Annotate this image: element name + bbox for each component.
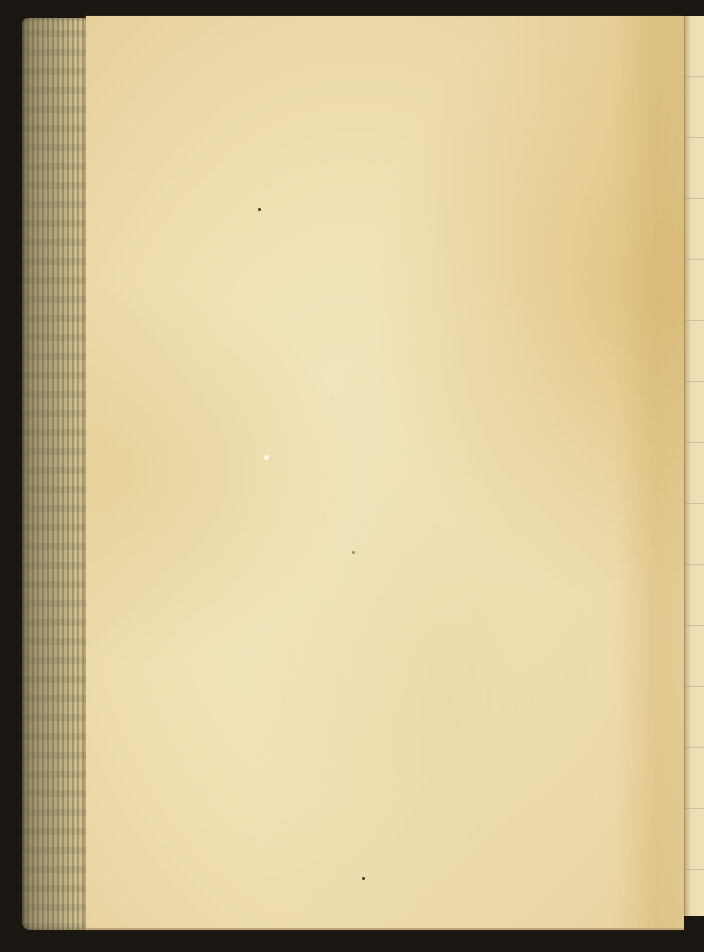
ink-speck [362,877,365,880]
light-spot [264,455,269,460]
gutter-stain [614,16,684,928]
blank-page [86,16,684,930]
facing-page-edge [684,16,704,916]
scan-background [0,0,704,952]
ink-speck [352,551,355,554]
ink-speck [258,208,261,211]
page-block-edge [22,18,92,930]
